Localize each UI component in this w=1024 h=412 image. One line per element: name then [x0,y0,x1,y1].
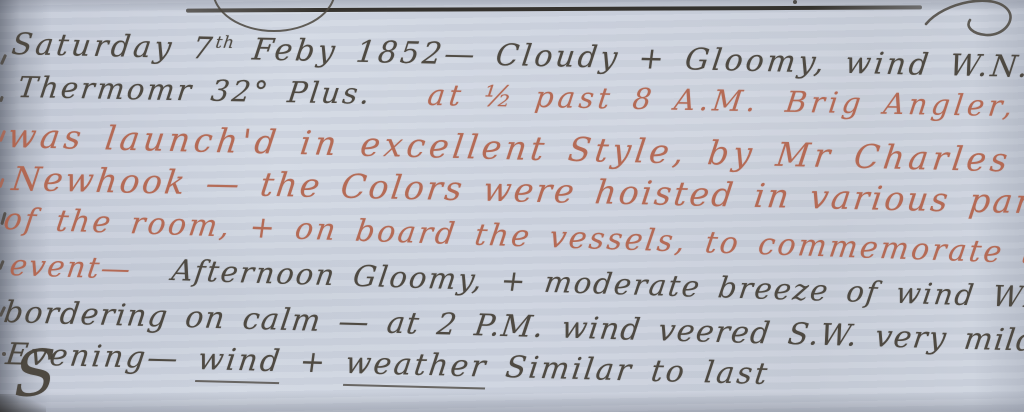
text-segment: Brig Angler, [783,85,1018,123]
page-corner-shadow [0,394,46,412]
page-edge-mark [0,260,5,270]
text-segment: event— [8,248,135,286]
ink-flourish-circle [212,0,336,32]
underlined-word: weather [343,346,490,390]
page-edge-mark [0,96,4,103]
manuscript-page: Saturday 7th Feby 1852— Cloudy + Gloomy,… [0,0,1024,412]
page-edge-mark [0,178,5,188]
text-segment: + [280,344,348,381]
text-segment: Similar to last [485,350,771,392]
text-segment: Saturday 7 [10,27,217,67]
page-edge-mark [0,54,7,65]
text-segment: Thermomr 32° Plus. [16,70,374,111]
page-edge-mark [0,130,6,142]
ink-dot [793,0,797,4]
text-segment: at ½ past 8 A.M. [426,78,762,118]
ink-flourish-swash [912,0,1024,48]
page-edge-mark [2,352,6,356]
underlined-word: wind [195,342,284,384]
